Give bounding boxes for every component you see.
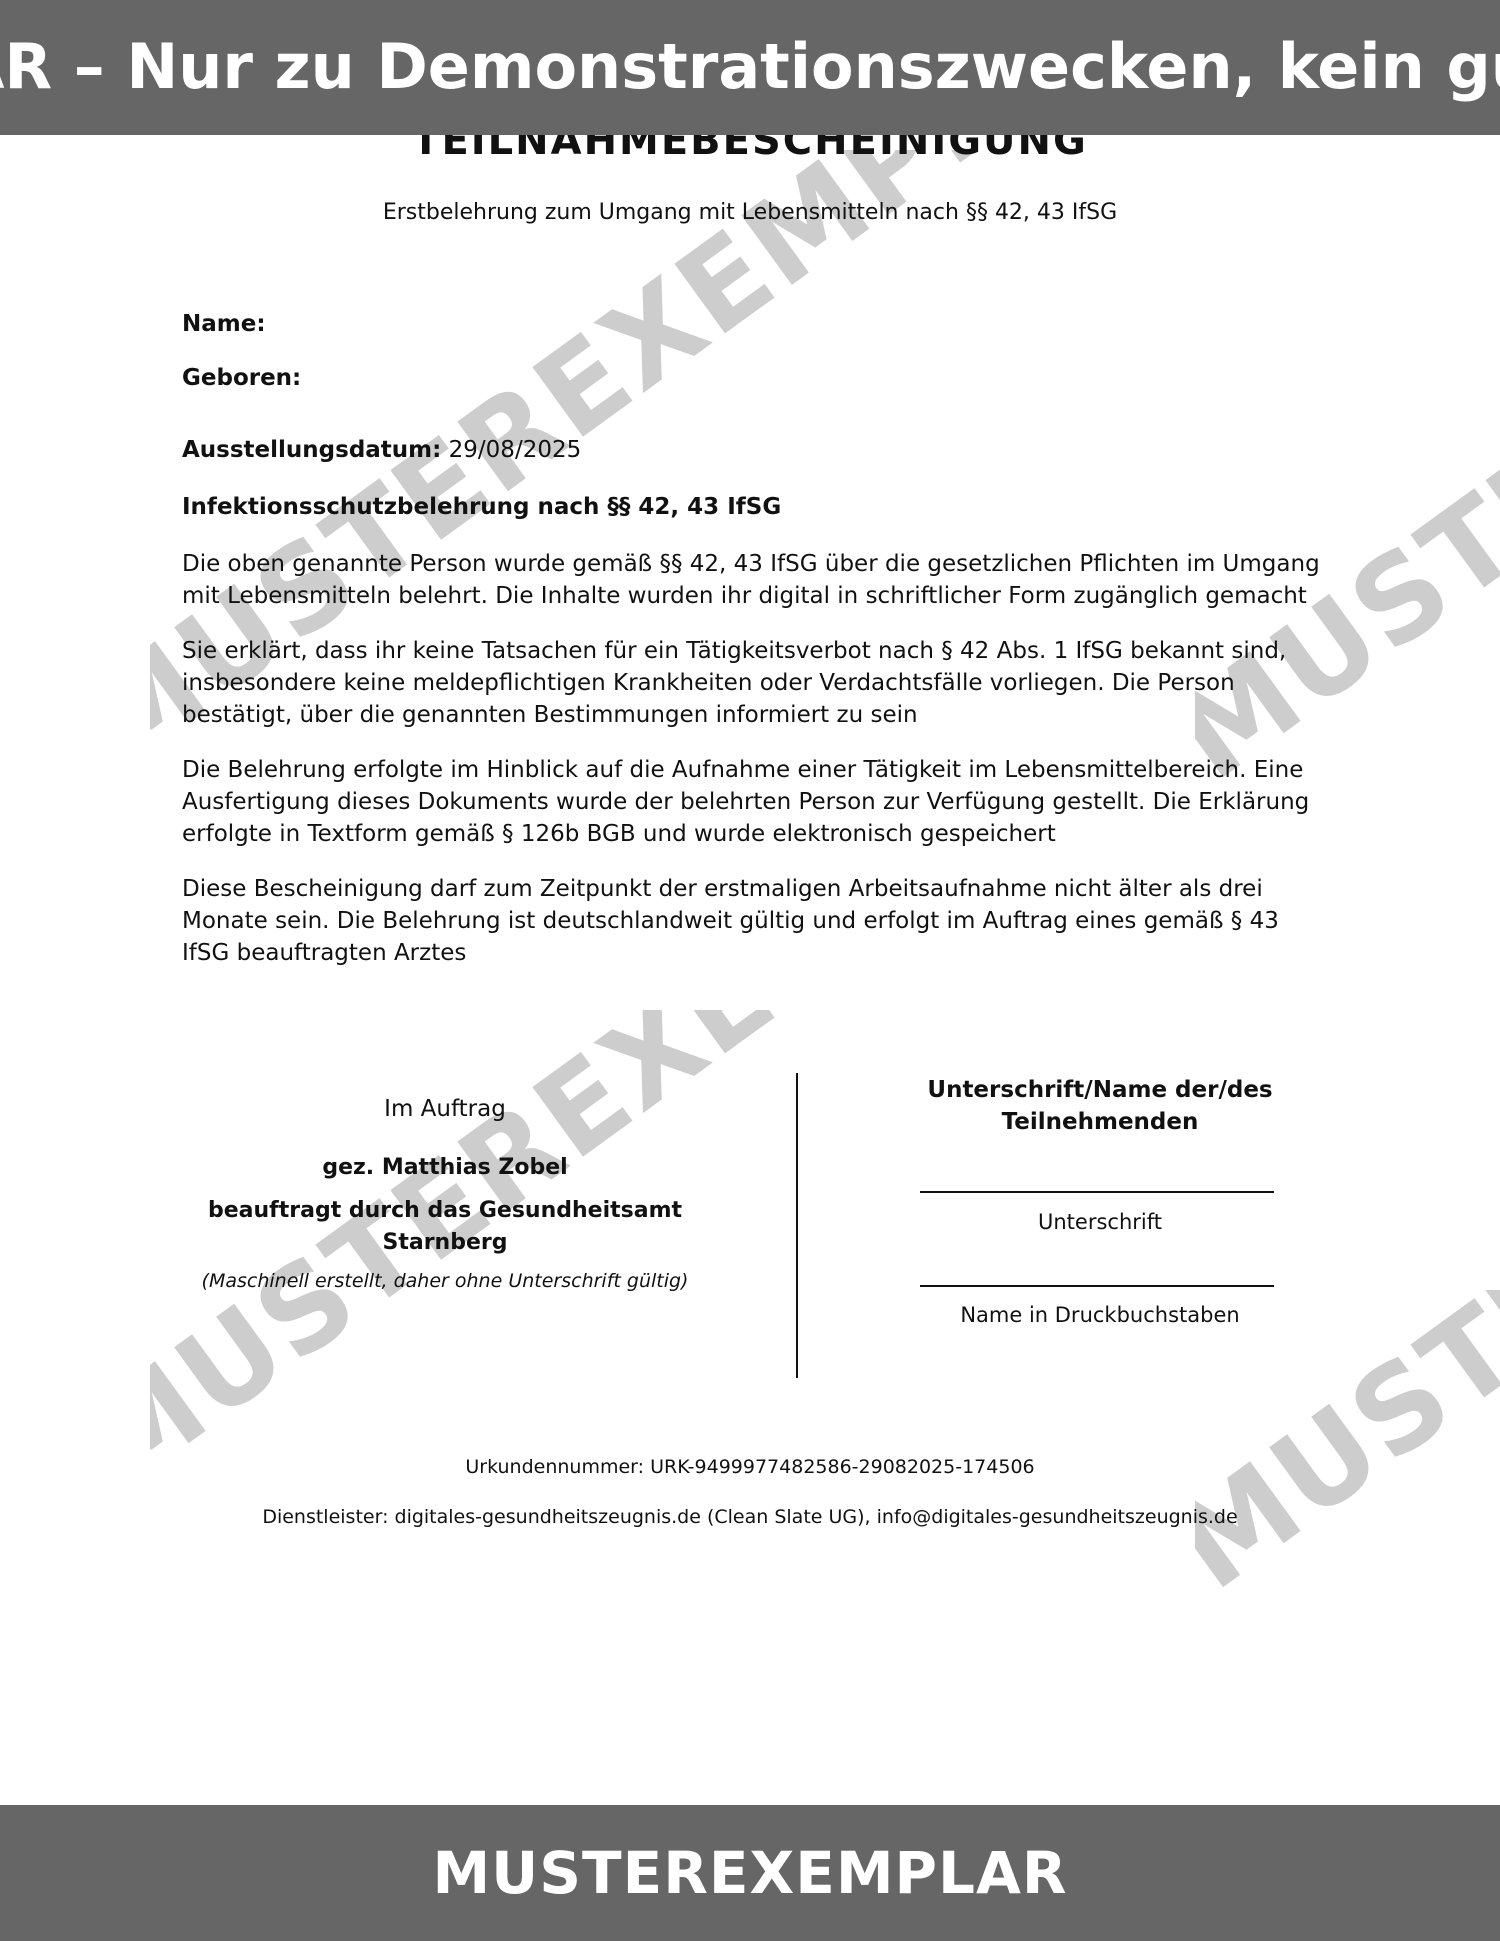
section-heading: Infektionsschutzbelehrung nach §§ 42, 43… xyxy=(182,494,781,520)
body-paragraphs: Die oben genannte Person wurde gemäß §§ … xyxy=(182,548,1332,992)
signature-line xyxy=(920,1191,1274,1193)
demo-banner-top-text: MUSTEREXEMPLAR – Nur zu Demonstrationszw… xyxy=(0,30,1500,103)
certificate-document: TEILNAHMEBESCHEINIGUNG Erstbelehrung zum… xyxy=(0,0,1500,1941)
name-field: Name: xyxy=(182,311,266,337)
signature-label: Unterschrift xyxy=(900,1210,1300,1234)
signer-name: gez. Matthias Zobel xyxy=(170,1155,720,1180)
participant-heading-line-1: Unterschrift/Name der/des xyxy=(900,1074,1300,1106)
demo-banner-bottom-text: MUSTEREXEMPLAR xyxy=(432,1839,1067,1907)
paragraph: Die oben genannte Person wurde gemäß §§ … xyxy=(182,548,1332,612)
issue-date-label: Ausstellungsdatum: xyxy=(182,437,441,463)
document-subtitle: Erstbelehrung zum Umgang mit Lebensmitte… xyxy=(0,200,1500,225)
birth-label: Geboren: xyxy=(182,365,301,391)
issue-date-value: 29/08/2025 xyxy=(449,437,582,463)
issue-date-field: Ausstellungsdatum: 29/08/2025 xyxy=(182,437,581,463)
authority-line-2: Starnberg xyxy=(170,1227,720,1259)
birth-field: Geboren: xyxy=(182,365,301,391)
on-behalf-label: Im Auftrag xyxy=(170,1096,720,1122)
participant-heading-line-2: Teilnehmenden xyxy=(900,1106,1300,1138)
demo-banner-top: MUSTEREXEMPLAR – Nur zu Demonstrationszw… xyxy=(0,0,1500,135)
name-label: Name: xyxy=(182,311,266,337)
machine-generated-note: (Maschinell erstellt, daher ohne Untersc… xyxy=(170,1270,720,1292)
signature-divider xyxy=(796,1073,798,1378)
paragraph: Die Belehrung erfolgte im Hinblick auf d… xyxy=(182,754,1332,850)
printed-name-label: Name in Druckbuchstaben xyxy=(900,1303,1300,1327)
printed-name-line xyxy=(920,1285,1274,1287)
issuing-authority: beauftragt durch das Gesundheitsamt Star… xyxy=(170,1195,720,1259)
authority-line-1: beauftragt durch das Gesundheitsamt xyxy=(170,1195,720,1227)
paragraph: Sie erklärt, dass ihr keine Tatsachen fü… xyxy=(182,635,1332,731)
demo-banner-bottom: MUSTEREXEMPLAR xyxy=(0,1805,1500,1941)
service-provider: Dienstleister: digitales-gesundheitszeug… xyxy=(0,1506,1500,1528)
participant-signature-heading: Unterschrift/Name der/des Teilnehmenden xyxy=(900,1074,1300,1138)
paragraph: Diese Bescheinigung darf zum Zeitpunkt d… xyxy=(182,873,1332,969)
document-number: Urkundennummer: URK-9499977482586-290820… xyxy=(0,1456,1500,1478)
